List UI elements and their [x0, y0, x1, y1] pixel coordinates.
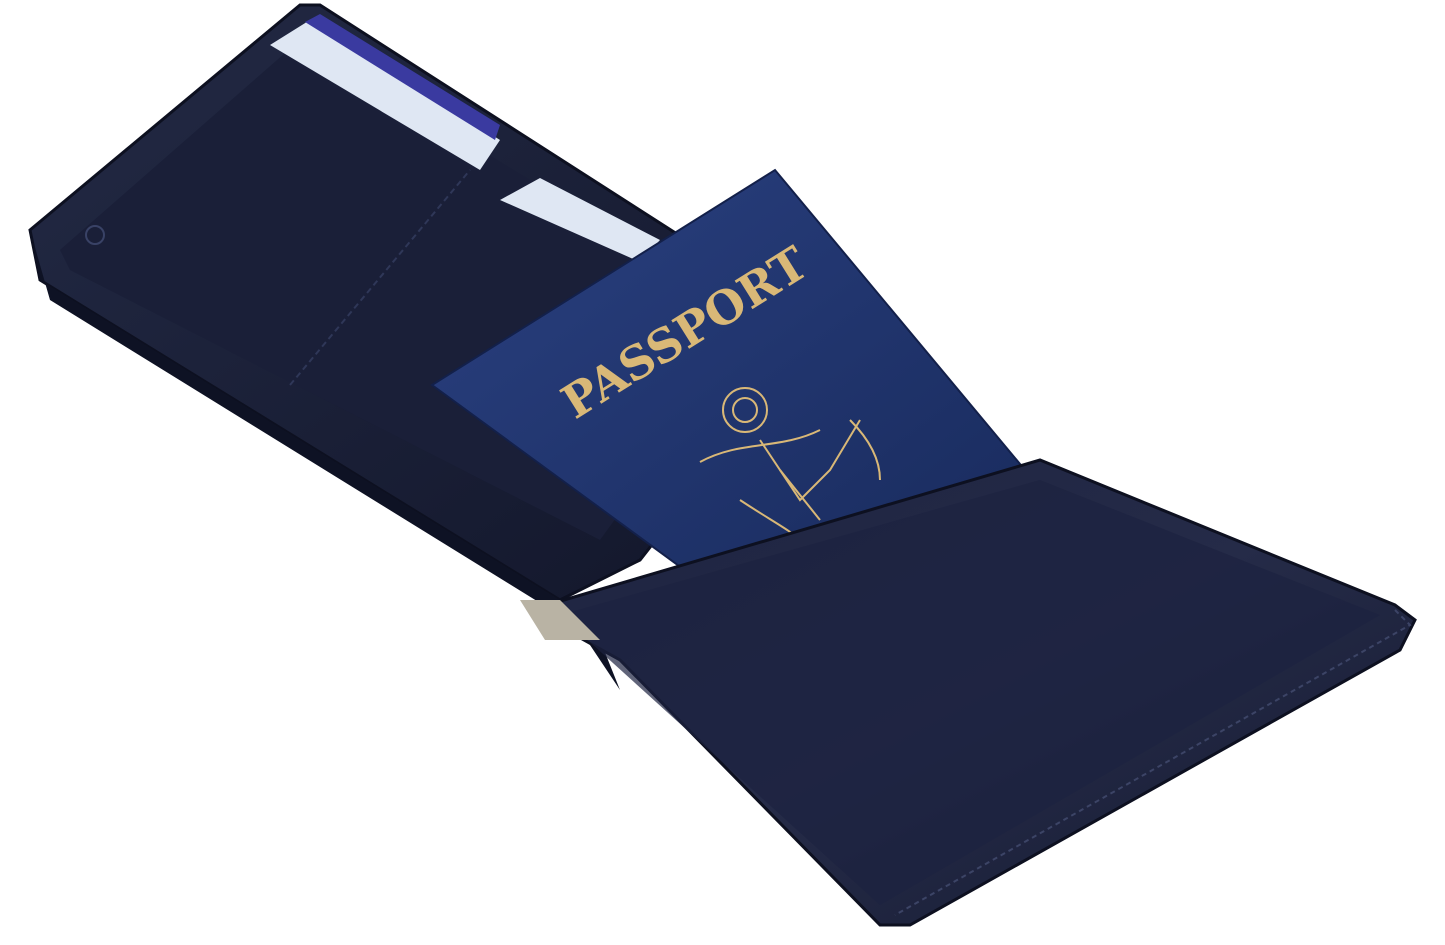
product-photo: PASSPORT — [0, 0, 1445, 945]
